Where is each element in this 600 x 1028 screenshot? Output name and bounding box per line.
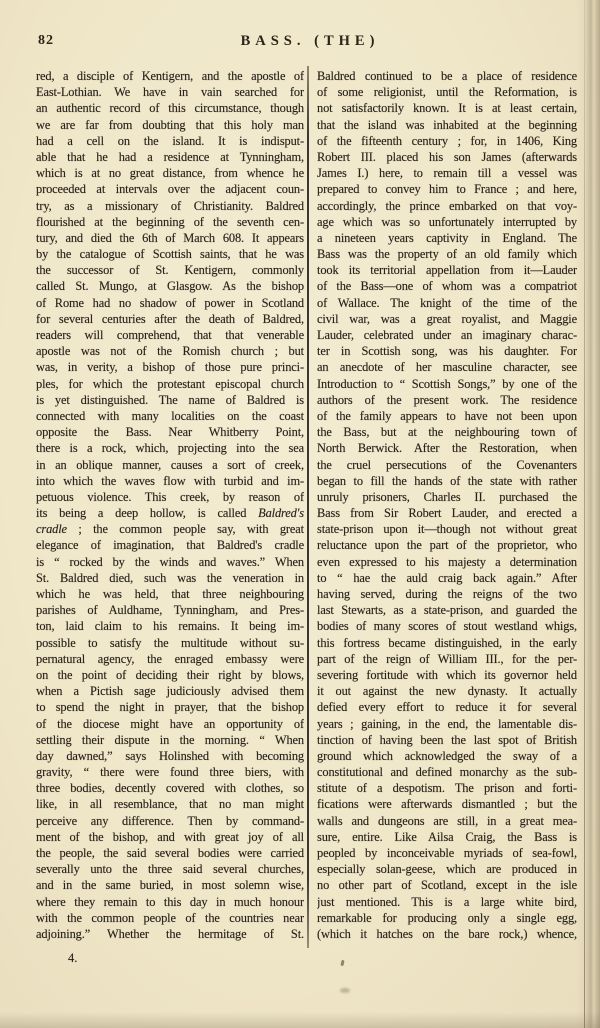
paper-smudge [340, 988, 350, 993]
text-line: the successor of St. Kentigern, commonly [36, 262, 304, 278]
text-line: Lauder, celebrated under an imaginary ch… [317, 327, 577, 343]
text-line: severally unto the three said several ch… [36, 861, 304, 877]
text-line: ples, for which the protestant episcopal… [36, 376, 304, 392]
text-line: with the common people of the countries … [36, 910, 304, 926]
text-line: on the point of deciding their right by … [36, 667, 304, 683]
text-line: parishes of Auldhame, Tynningham, and Pr… [36, 602, 304, 618]
text-line: ter in Scottish song, was his daughter. … [317, 343, 577, 359]
text-line: a nineteen years captivity in England. T… [317, 230, 577, 246]
text-line: of Wallace. The knight of the time of th… [317, 295, 577, 311]
text-line: perceive any difference. Then by command… [36, 813, 304, 829]
text-line: and in the same buried, in most solemn w… [36, 877, 304, 893]
text-line: possible to satisfy the multitude withou… [36, 635, 304, 651]
text-line: civil war, was a great royalist, and Mag… [317, 311, 577, 327]
text-line: remarkable for producing only a single e… [317, 910, 577, 926]
text-line: gravity, “ there were found three biers,… [36, 764, 304, 780]
text-line: ton, laid claim to his remains. It being… [36, 618, 304, 634]
text-column-left: red, a disciple of Kentigern, and the ap… [36, 68, 304, 942]
text-line: had a cell on the island. It is indisput… [36, 133, 304, 149]
text-line: East-Lothian. We have in vain searched f… [36, 84, 304, 100]
text-line: we are far from doubting that this holy … [36, 117, 304, 133]
text-line: to “ hae the auld craig back again.” Aft… [317, 570, 577, 586]
text-line: prepared to convey him to France ; and h… [317, 181, 577, 197]
text-line: Bass from Sir Robert Lauder, and erected… [317, 505, 577, 521]
text-line: no other part of Scotland, except in the… [317, 877, 577, 893]
text-line: just mentioned. This is a large white bi… [317, 894, 577, 910]
text-line: not satisfactorily known. It is at least… [317, 100, 577, 116]
text-line: is “ rocked by the winds and waves.” Whe… [36, 554, 304, 570]
text-line: of the Bass—one of whom was a compatriot [317, 278, 577, 294]
text-line: proceeded at intervals over the adjacent… [36, 181, 304, 197]
text-line: James I.) here, to remain till a vessel … [317, 165, 577, 181]
text-line: by the catalogue of Scottish saints, tha… [36, 246, 304, 262]
text-line: Baldred continued to be a place of resid… [317, 68, 577, 84]
text-line: cradle ; the common people say, with gre… [36, 521, 304, 537]
text-line: it out against the new dynasty. It actua… [317, 683, 577, 699]
text-line: where they remain to this day in much ho… [36, 894, 304, 910]
text-line: called St. Mungo, at Glasgow. As the bis… [36, 278, 304, 294]
text-line: North Berwick. After the Restoration, wh… [317, 440, 577, 456]
text-line: of the family appears to have not been u… [317, 408, 577, 424]
text-line: an authentic record of this circumstance… [36, 100, 304, 116]
text-line: an anecdote of her masculine character, … [317, 359, 577, 375]
text-line: having served, during the reigns of the … [317, 586, 577, 602]
text-line: readers will comprehend, that that vener… [36, 327, 304, 343]
text-segment: ; the common people say, with great [67, 522, 304, 536]
text-line: of some religionist, until the Reformati… [317, 84, 577, 100]
text-line: opposite the Bass. Near Whitberry Point, [36, 424, 304, 440]
text-column-right: Baldred continued to be a place of resid… [317, 68, 577, 942]
text-line: the people, the said several bodies were… [36, 845, 304, 861]
text-line: in an oblique manner, causes a sort of c… [36, 457, 304, 473]
text-line: Robert III. placed his son James (afterw… [317, 149, 577, 165]
text-line: flourished at the beginning of the seven… [36, 214, 304, 230]
text-line: began to fill the hands of the state wit… [317, 473, 577, 489]
text-line: ground which acknowledged the sway of a [317, 748, 577, 764]
italic-text-segment: Baldred's [258, 506, 304, 520]
text-line: Introduction to “ Scottish Songs,” by on… [317, 376, 577, 392]
text-segment: its being a deep hollow, is called [36, 506, 258, 520]
text-line: peopled by inconceivable myriads of sea-… [317, 845, 577, 861]
page-bottom-shadow [0, 1012, 600, 1028]
page-header-title: BASS. (THE) [40, 33, 580, 50]
text-line: tinction of having been the last spot of… [317, 732, 577, 748]
text-line: which is at no great distance, from when… [36, 165, 304, 181]
text-line: connected with many localities on the co… [36, 408, 304, 424]
text-line: fications were afterwards dismantled ; b… [317, 796, 577, 812]
text-line: stitute of a despotism. The prison and f… [317, 780, 577, 796]
text-line: adjoining.” Whether the hermitage of St. [36, 926, 304, 942]
text-line: reluctance upon the part of the propriet… [317, 537, 577, 553]
text-line: able that he had a residence at Tynningh… [36, 149, 304, 165]
text-line: this fortress became distinguished, in t… [317, 635, 577, 651]
text-line: red, a disciple of Kentigern, and the ap… [36, 68, 304, 84]
text-line: try, as a missionary of Christianity. Ba… [36, 198, 304, 214]
signature-mark: 4. [68, 951, 77, 966]
text-line: ment of the bishop, and with great joy o… [36, 829, 304, 845]
text-line: years ; gaining, in the end, the lamenta… [317, 716, 577, 732]
text-line: its being a deep hollow, is called Baldr… [36, 505, 304, 521]
text-line: tury, and died the 6th of March 608. It … [36, 230, 304, 246]
text-line: unruly prisoners, Charles II. purchased … [317, 489, 577, 505]
italic-text-segment: cradle [36, 522, 67, 536]
page-edge-shadow [576, 0, 600, 1028]
text-line: into which the waves flow with turbid an… [36, 473, 304, 489]
text-line: state-prison upon it—though not without … [317, 521, 577, 537]
text-line: defied every effort to reduce it for sev… [317, 699, 577, 715]
text-line: severing fortitude with which its govern… [317, 667, 577, 683]
text-line: bodies of many scores of stout westland … [317, 618, 577, 634]
text-line: of Rome had no shadow of power in Scotla… [36, 295, 304, 311]
text-line: apostle was not of the Romish church ; b… [36, 343, 304, 359]
text-line: was, in verity, a bishop of those pure p… [36, 359, 304, 375]
text-line: sure, entire. Like Ailsa Craig, the Bass… [317, 829, 577, 845]
text-line: settling their dispute in the morning. “… [36, 732, 304, 748]
text-line: especially solan-geese, which are produc… [317, 861, 577, 877]
text-line: when a Pictish sage judiciously advised … [36, 683, 304, 699]
text-line: for several centuries after the death of… [36, 311, 304, 327]
text-line: there is a rock, which, projecting into … [36, 440, 304, 456]
text-line: of the fifteenth century ; for, in 1406,… [317, 133, 577, 149]
text-line: authors of the present work. The residen… [317, 392, 577, 408]
column-divider-rule [307, 66, 309, 948]
text-line: pernatural agency, the enraged embassy w… [36, 651, 304, 667]
text-line: last Stewarts, as a state-prison, and gu… [317, 602, 577, 618]
text-line: Bass was the property of an old family w… [317, 246, 577, 262]
text-line: age which was so unfortunately interrupt… [317, 214, 577, 230]
text-line: (which it hatches on the bare rock,) whe… [317, 926, 577, 942]
text-line: elegance of imagination, that Baldred's … [36, 537, 304, 553]
text-line: that the island was inhabited at the beg… [317, 117, 577, 133]
text-line: petuous violence. This creek, by reason … [36, 489, 304, 505]
text-line: day dawned,” says Holinshed with becomin… [36, 748, 304, 764]
text-line: three bodies, decently covered with clot… [36, 780, 304, 796]
text-line: the Bass, but at the neighbouring town o… [317, 424, 577, 440]
text-line: even expressed to his majesty a determin… [317, 554, 577, 570]
text-line: like, in all resemblance, that no man mi… [36, 796, 304, 812]
text-line: walls and dungeons are still, in a great… [317, 813, 577, 829]
text-line: to spend the night in prayer, that the b… [36, 699, 304, 715]
text-line: the cruel persecutions of the Covenanter… [317, 457, 577, 473]
text-line: part of the reign of William III., for t… [317, 651, 577, 667]
text-line: St. Baldred died, such was the veneratio… [36, 570, 304, 586]
text-line: accordingly, the prince embarked on that… [317, 198, 577, 214]
text-line: constitutional and defined monarchy as t… [317, 764, 577, 780]
text-line: which he was held, that three neighbouri… [36, 586, 304, 602]
text-line: is yet distinguished. The name of Baldre… [36, 392, 304, 408]
text-line: of the diocese might have an opportunity… [36, 716, 304, 732]
text-line: took its territorial appellation from it… [317, 262, 577, 278]
